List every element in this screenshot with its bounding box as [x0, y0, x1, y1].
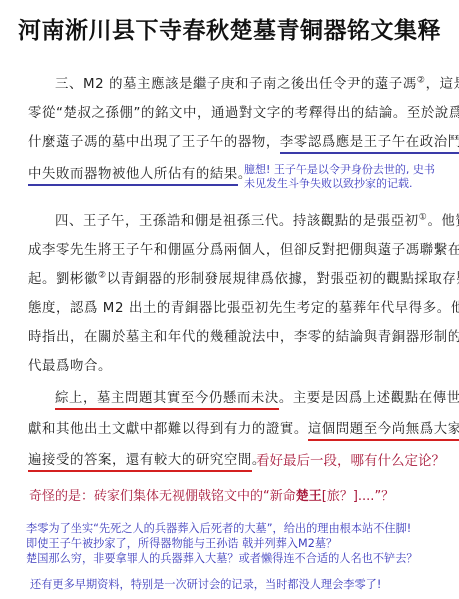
document-title: 河南淅川县下寺春秋楚墓青铜器铭文集释: [0, 12, 459, 45]
para4-line3: 起。劉彬徽②以青銅器的形制發展規律爲依據，對張亞初的觀點採取存疑: [28, 268, 459, 287]
underlined-text: 綜上，墓主問題其實至今仍懸而未決: [55, 391, 279, 410]
text: 奇怪的是：砖家们集体无视倗戟铭文中的“新命: [29, 489, 296, 504]
para5-line3: 遍接受的答案，還有較大的研究空間。: [28, 449, 266, 468]
annotation-red-1: 看好最后一段，哪有什么定论？: [256, 449, 445, 469]
para4-line1: 四、王子午，王孫誥和倗是祖孫三代。持該觀點的是張亞初①。他贊: [55, 210, 459, 229]
underlined-text: 遍接受的答案，還有較大的研究空間: [28, 453, 252, 472]
text: 四、王子午，王孫誥和倗是祖孫三代。持該觀點的是張亞初: [55, 214, 419, 229]
text: 。他贊: [427, 214, 459, 229]
footnote-ref: ②: [98, 271, 107, 281]
para5-line2: 獻和其他出土文獻中都難以得到有力的證實。這個問題至今尚無爲大家普: [28, 418, 459, 437]
note-line: 臆想! 王子午是以令尹身份去世的, 史书: [244, 163, 435, 177]
annotation-blue-2-line3: 楚国那么穷，非要拿罪人的兵器葬入大墓？或者懒得连不合适的人名也不铲去？: [26, 550, 418, 566]
text: 什麼薳子馮的墓中出現了王子午的器物，: [28, 135, 280, 150]
text: 獻和其他出土文獻中都難以得到有力的證實。: [28, 422, 308, 437]
text: 。主要是因爲上述觀點在傳世文: [279, 391, 459, 406]
para3-line1: 三、M2 的墓主應該是繼子庚和子南之後出任令尹的薳子馮②，這是李: [55, 73, 459, 92]
para3-line4: 中失敗而器物被他人所佔有的結果。: [28, 163, 252, 182]
text: 三、M2 的墓主應該是繼子庚和子南之後出任令尹的薳子馮: [55, 77, 417, 92]
para5-line1: 綜上，墓主問題其實至今仍懸而未決。主要是因爲上述觀點在傳世文: [55, 387, 459, 406]
para4-line4: 態度，認爲 M2 出土的青銅器比張亞初先生考定的墓葬年代早得多。他同: [28, 297, 459, 316]
underlined-text: 這個問題至今尚無爲大家普: [308, 422, 459, 441]
para4-line5: 時指出，在關於墓主和年代的幾種說法中，李零的結論與青銅器形制的年: [28, 326, 459, 345]
footnote-ref: ②: [417, 76, 426, 86]
text: 以青銅器的形制發展規律爲依據，對張亞初的觀點採取存疑: [107, 272, 459, 287]
text: 起。劉彬徽: [28, 272, 98, 287]
para4-line6: 代最爲吻合。: [28, 355, 112, 374]
annotation-note-1: 臆想! 王子午是以令尹身份去世的, 史书 未见发生斗争失败以致抄家的记载.: [244, 163, 435, 191]
annotation-blue-2-line1: 李零为了坐实“先死之人的兵器葬入后死者的大墓”，给出的理由根本站不住脚!: [26, 520, 411, 536]
bold-text: 楚王: [296, 489, 322, 504]
annotation-blue-3: 还有更多早期资料，特别是一次研讨会的记录，当时都没人理会李零了!: [30, 576, 381, 592]
para3-line3: 什麼薳子馮的墓中出現了王子午的器物，李零認爲應是王子午在政治鬥爭: [28, 131, 459, 150]
para3-line2: 零從“楚叔之孫倗”的銘文中，通過對文字的考釋得出的結論。至於說爲: [28, 102, 459, 121]
para4-line2: 成李零先生將王子午和倗區分爲兩個人，但卻反對把倗與薳子馮聯繫在一: [28, 239, 459, 258]
annotation-red-2: 奇怪的是：砖家们集体无视倗戟铭文中的“新命楚王[旅？]....”？: [29, 485, 394, 504]
underlined-text: 中失敗而器物被他人所佔有的結果: [28, 167, 238, 186]
annotation-blue-2-line2: 即使王子午被抄家了，所得器物能与王孙诰 戟并列葬入M2墓？: [26, 535, 337, 551]
text: ，這是李: [426, 77, 459, 92]
note-line: 未见发生斗争失败以致抄家的记载.: [244, 177, 435, 191]
text: [旅？]....”？: [322, 489, 394, 504]
underlined-text: 李零認爲應是王子午在政治鬥爭: [280, 135, 459, 154]
